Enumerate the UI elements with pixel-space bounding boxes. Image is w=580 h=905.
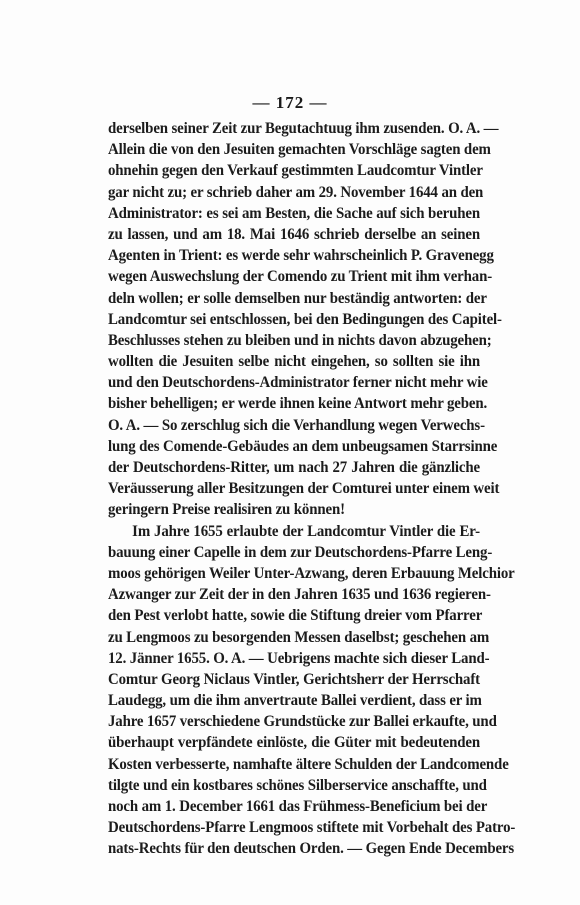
- book-page: — 172 — derselben seiner Zeit zur Beguta…: [0, 0, 580, 905]
- text-line: Comtur Georg Niclaus Vintler, Gerichtshe…: [108, 669, 480, 690]
- text-line: O. A. — So zerschlug sich die Verhandlun…: [108, 415, 480, 436]
- text-line: lung des Comende-Gebäudes an dem unbeugs…: [108, 436, 480, 457]
- text-line: ohnehin gegen den Verkauf gestimmten Lau…: [108, 160, 480, 181]
- text-line: nats-Rechts für den deutschen Orden. — G…: [108, 838, 480, 859]
- text-line: Laudegg, um die ihm anvertraute Ballei v…: [108, 690, 480, 711]
- text-line: wegen Auswechslung der Comendo zu Trient…: [108, 266, 480, 287]
- text-line: 12. Jänner 1655. O. A. — Uebrigens macht…: [108, 648, 480, 669]
- text-line: bauung einer Capelle in dem zur Deutscho…: [108, 542, 480, 563]
- text-line: den Pest verlobt hatte, sowie die Stiftu…: [108, 605, 480, 626]
- text-line: wollten die Jesuiten selbe nicht eingehe…: [108, 351, 480, 372]
- text-line: Kosten verbesserte, namhafte ältere Schu…: [108, 754, 480, 775]
- page-number: — 172 —: [0, 93, 580, 113]
- text-line: noch am 1. December 1661 das Frühmess-Be…: [108, 796, 480, 817]
- text-line: der Deutschordens-Ritter, um nach 27 Jah…: [108, 457, 480, 478]
- text-line: Administrator: es sei am Besten, die Sac…: [108, 203, 480, 224]
- text-line: zu Lengmoos zu besorgenden Messen daselb…: [108, 627, 480, 648]
- text-line: deln wollen; er solle demselben nur best…: [108, 288, 480, 309]
- text-line: geringern Preise realisiren zu können!: [108, 499, 480, 520]
- text-line: zu lassen, und am 18. Mai 1646 schrieb d…: [108, 224, 480, 245]
- text-line: tilgte und ein kostbares schönes Silbers…: [108, 775, 480, 796]
- text-line: Landcomtur sei entschlossen, bei den Bed…: [108, 309, 480, 330]
- text-line: Beschlusses stehen zu bleiben und in nic…: [108, 330, 480, 351]
- text-line: Deutschordens-Pfarre Lengmoos stiftete m…: [108, 817, 480, 838]
- text-line: Jahre 1657 verschiedene Grundstücke zur …: [108, 711, 480, 732]
- text-line: Agenten in Trient: es werde sehr wahrsch…: [108, 245, 480, 266]
- text-line: bisher behelligen; er werde ihnen keine …: [108, 393, 480, 414]
- text-line: derselben seiner Zeit zur Begutachtuug i…: [108, 118, 480, 139]
- text-line: Azwanger zur Zeit der in den Jahren 1635…: [108, 584, 480, 605]
- text-line: und den Deutschordens-Administrator fern…: [108, 372, 480, 393]
- text-line: moos gehörigen Weiler Unter-Azwang, dere…: [108, 563, 480, 584]
- text-line: Veräusserung aller Besitzungen der Comtu…: [108, 478, 480, 499]
- paragraph-start-line: Im Jahre 1655 erlaubte der Landcomtur Vi…: [108, 521, 480, 542]
- text-line: überhaupt verpfändete einlöste, die Güte…: [108, 732, 480, 753]
- text-line: Allein die von den Jesuiten gemachten Vo…: [108, 139, 480, 160]
- text-line: gar nicht zu; er schrieb daher am 29. No…: [108, 182, 480, 203]
- body-text: derselben seiner Zeit zur Begutachtuug i…: [108, 118, 480, 860]
